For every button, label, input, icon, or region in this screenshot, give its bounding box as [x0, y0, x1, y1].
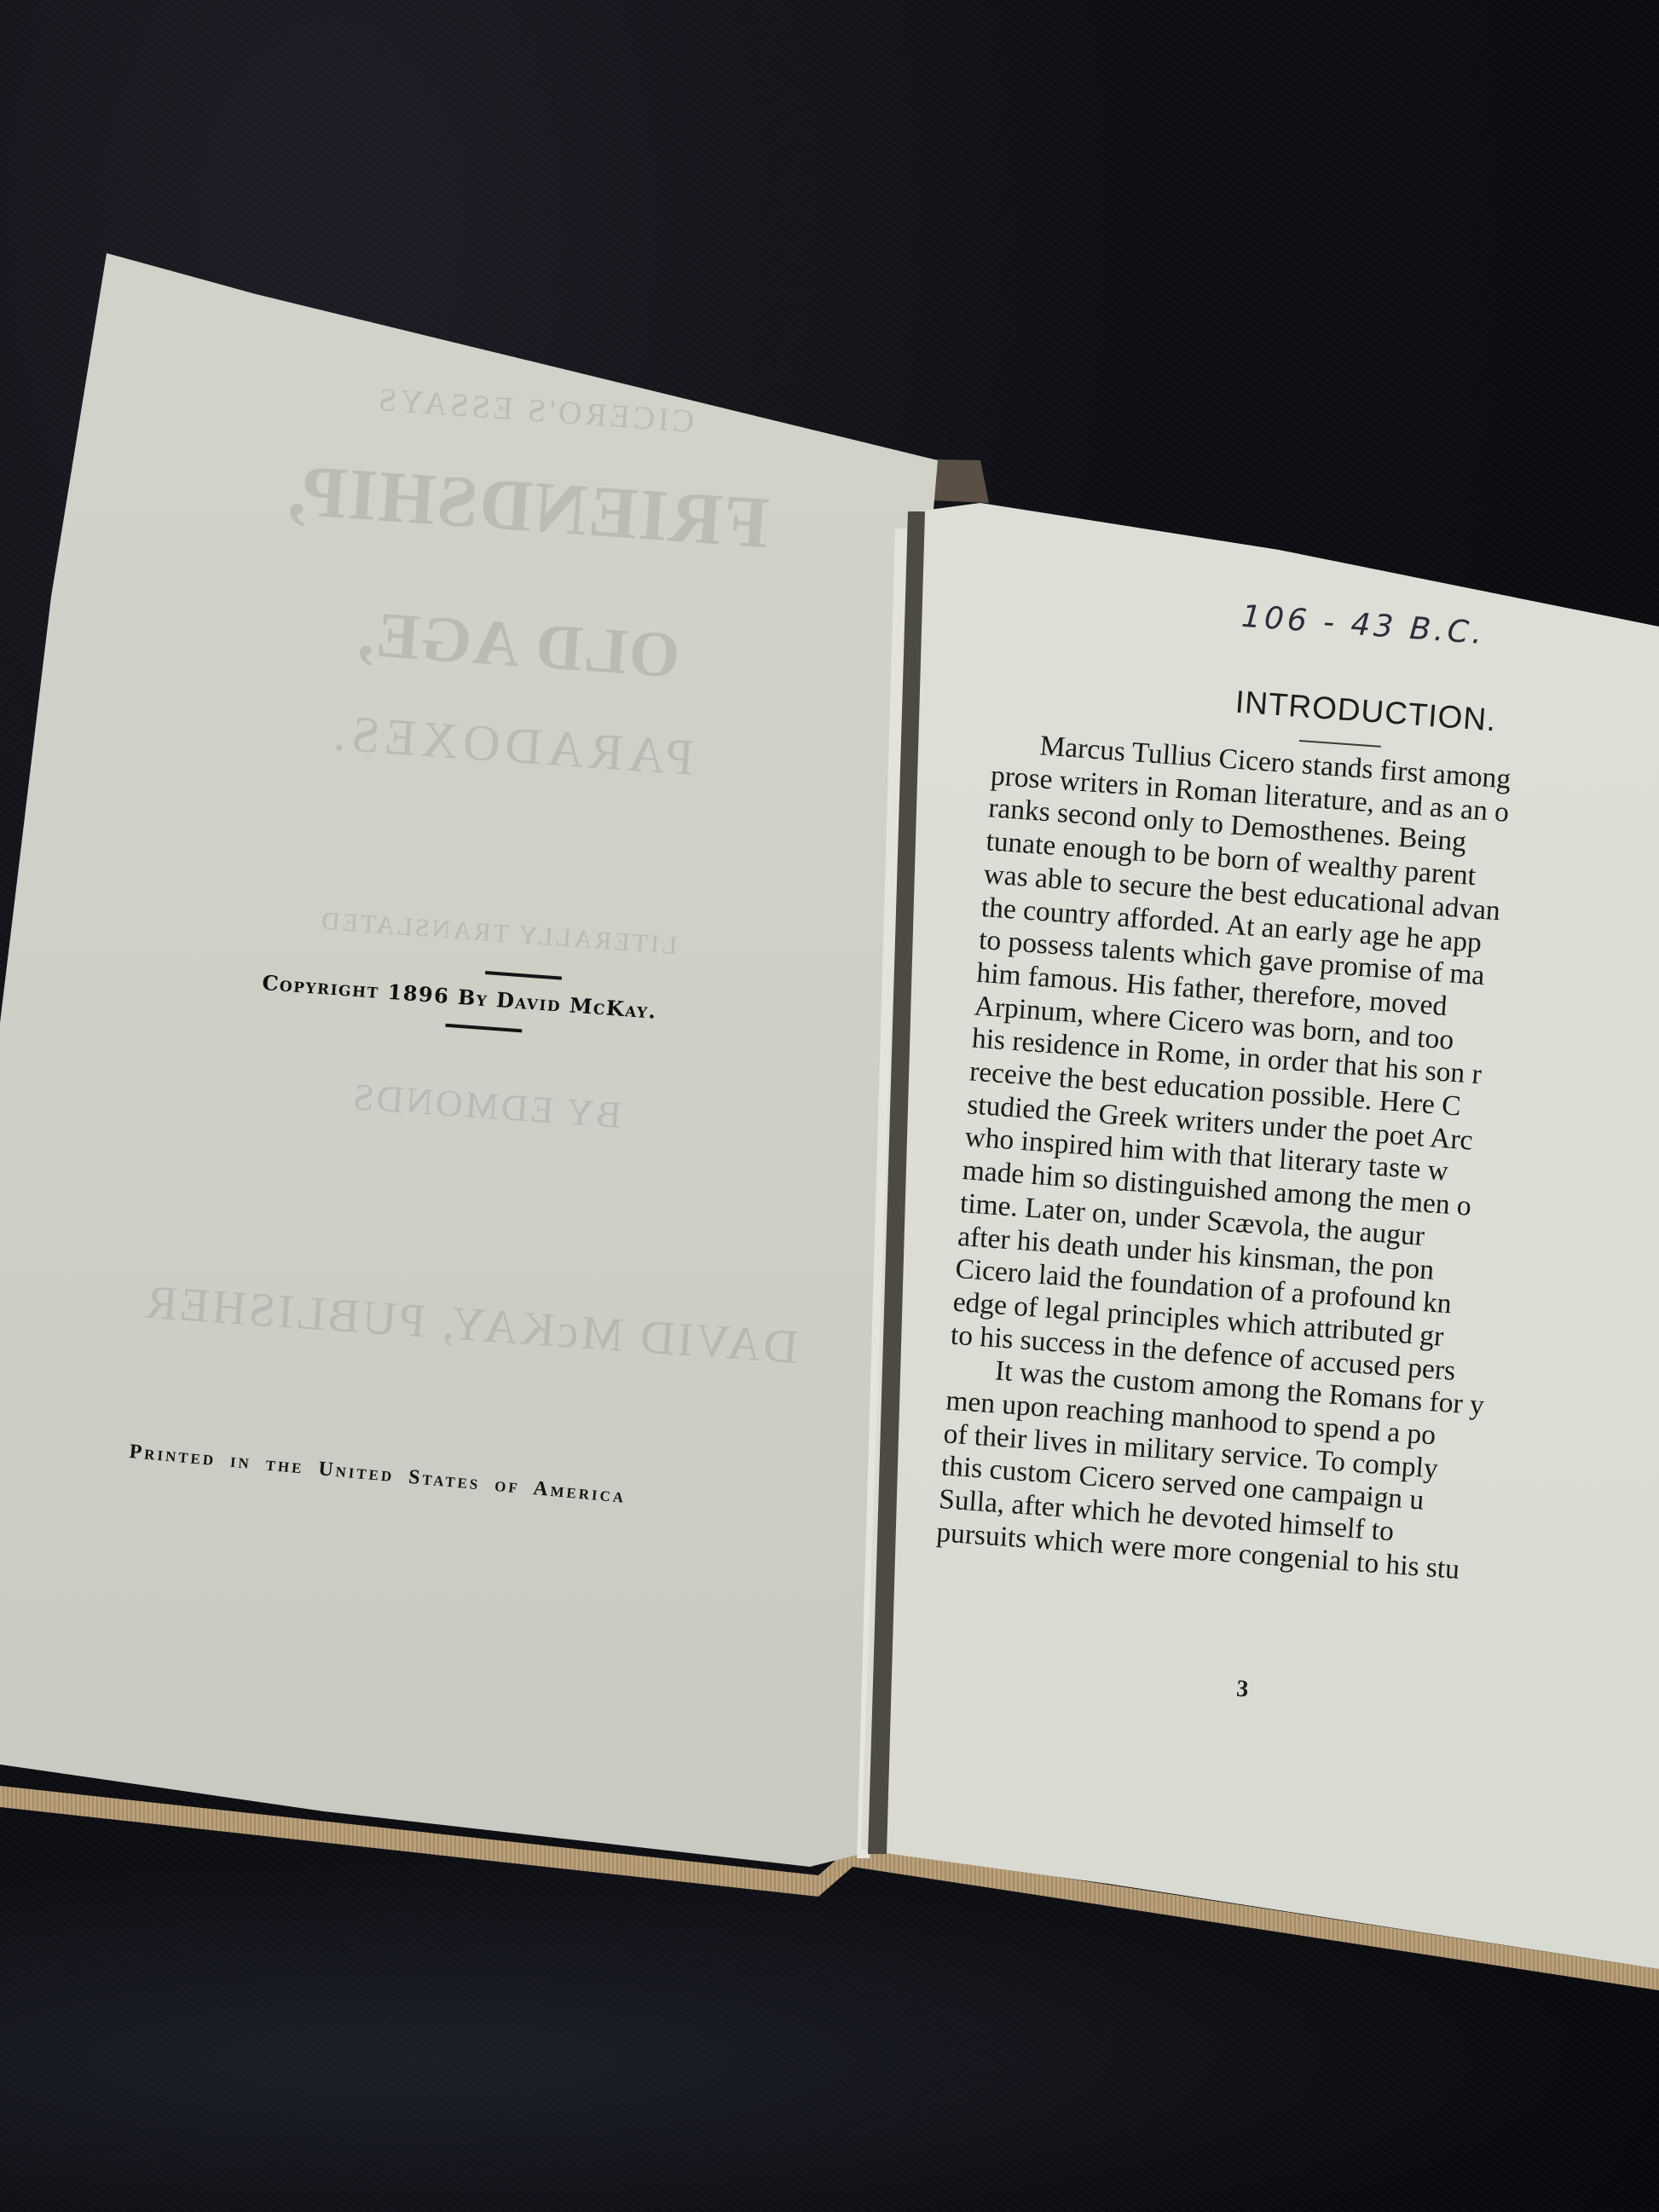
chapter-heading: INTRODUCTION.: [1234, 684, 1498, 739]
handwritten-note: 106 - 43 B.C.: [1240, 599, 1487, 651]
bleed-line: BY EDMONDS: [101, 1058, 870, 1155]
page-number: 3: [1235, 1676, 1249, 1704]
body-text: Marcus Tullius Cicero stands first among…: [935, 726, 1659, 1603]
bleed-line: OLD AGE,: [133, 581, 904, 709]
bleed-line: PARADOXES.: [126, 690, 896, 802]
bleed-line: LITERALLY TRANSLATED: [114, 892, 882, 975]
bleed-through-text: CICERO'S ESSAYS FRIENDSHIP, OLD AGE, PAR…: [86, 349, 920, 1379]
bleed-line: FRIENDSHIP,: [142, 436, 914, 575]
heading-rule: [1299, 740, 1381, 748]
